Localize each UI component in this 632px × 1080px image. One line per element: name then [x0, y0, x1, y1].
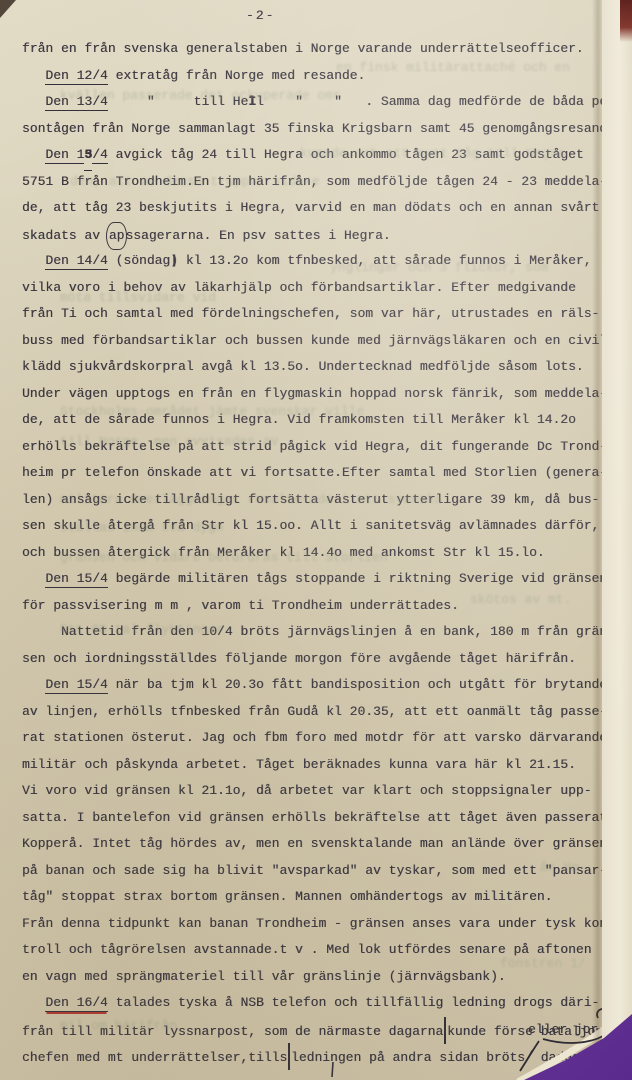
typewritten-line: Vi voro vid gränsen kl 21.1o, då arbetet…: [22, 778, 623, 805]
typewritten-line: tåg" stoppat strax bortom gränsen. Manne…: [22, 884, 623, 911]
insertion-caret-mark: [444, 1017, 446, 1044]
overstrike-over: |: [170, 248, 178, 275]
circled-correction: ap: [106, 222, 128, 251]
typewritten-line: satta. I bantelefon vid gränsen erhölls …: [22, 805, 623, 832]
scanned-typewritten-page: -2- från en från svenska generalstaben i…: [0, 0, 632, 1080]
typewritten-line: en vagn med sprängmateriel till vår grän…: [22, 964, 623, 991]
typewritten-line: Under vägen upptogs en från en flygmaski…: [22, 381, 623, 408]
typewritten-line: på banan och sade sig ha blivit "avspark…: [22, 858, 623, 885]
date-underlined: /4: [92, 147, 108, 164]
typewritten-line: vilka voro i behov av läkarhjälp och för…: [22, 275, 623, 302]
typewritten-line: Nattetid från den 10/4 bröts järnvägslin…: [22, 619, 623, 646]
photo-corner-shadow: [0, 0, 16, 18]
typewritten-line: heim pr telefon önskade att vi fortsatte…: [22, 460, 623, 487]
typewritten-line: av linjen, erhölls tfnbesked från Gudå k…: [22, 699, 623, 726]
typewritten-line: från en från svenska generalstaben i Nor…: [22, 36, 623, 63]
typewritten-line: Den 135/4 avgick tåg 24 till Hegra och a…: [22, 142, 623, 169]
typewritten-line: de, att de sårade funnos i Hegra. Vid fr…: [22, 407, 623, 434]
typewritten-line: chefen med mt underrättelser,tillslednin…: [22, 1043, 623, 1070]
pen-slash: /: [523, 1041, 534, 1075]
date-underlined: Den 15/4: [45, 571, 107, 588]
typewritten-line: 5751 B från Trondheim.En tjm härifrån, s…: [22, 169, 623, 196]
typewritten-line: len) ansågs icke tillrådligt fortsätta v…: [22, 487, 623, 514]
typewritten-line: troll och tågrörelsen avstannade.t v . M…: [22, 937, 623, 964]
overstrike-correction: lI: [248, 89, 256, 116]
typewritten-line: och bussen återgick från Meråker kl 14.4…: [22, 540, 623, 567]
typewritten-line: erhölls bekräftelse på att strid pågick …: [22, 434, 623, 461]
typewritten-line: militär och påskynda arbetet. Tåget berä…: [22, 752, 623, 779]
date-underlined: Den 14/4: [45, 253, 107, 270]
overstrike-over: 5: [84, 142, 92, 169]
overstrike-correction: 35: [84, 142, 92, 171]
typewritten-text-block: från en från svenska generalstaben i Nor…: [22, 36, 623, 1070]
date-underlined-red: Den 16/4: [45, 995, 107, 1012]
typewritten-line: Den 16/4 talades tyska å NSB telefon och…: [22, 990, 623, 1017]
typewritten-line: klädd sjukvårdskorpral avgå kl 13.5o. Un…: [22, 354, 623, 381]
typewritten-line: buss med förbandsartiklar och bussen kun…: [22, 328, 623, 355]
typewritten-line: Den 13/4 " till HelIl " " . Samma dag me…: [22, 89, 623, 116]
date-underlined: Den 1: [45, 147, 84, 164]
typewritten-line: skadats av apssagerarna. En psv sattes i…: [22, 222, 623, 249]
date-underlined: Den 13/4: [45, 94, 107, 111]
typewritten-line: rat stationen österut. Jag och fbm foro …: [22, 725, 623, 752]
typewritten-line: sontågen från Norge sammanlagt 35 finska…: [22, 116, 623, 143]
typewritten-line: Den 14/4 (söndag)| kl 13.2o kom tfnbeske…: [22, 248, 623, 275]
typewritten-line: Den 12/4 extratåg från Norge med resande…: [22, 63, 623, 90]
typewritten-line: Kopperå. Intet tåg hördes av, men en sve…: [22, 831, 623, 858]
overstrike-over: I: [248, 89, 256, 116]
date-underlined: Den 15/4: [45, 677, 107, 694]
page-number: -2-: [246, 8, 275, 23]
overstrike-correction: )|: [170, 248, 178, 275]
insertion-caret-mark: [288, 1043, 290, 1070]
typewritten-line: Den 15/4 begärde militären tågs stoppand…: [22, 566, 623, 593]
date-underlined: Den 12/4: [45, 68, 107, 85]
typewritten-line: för passvisering m m , varom ti Trondhei…: [22, 593, 623, 620]
underlying-page-edge: [602, 0, 632, 1080]
typewritten-line: sen och iordningsställdes följande morgo…: [22, 646, 623, 673]
typewritten-line: sen skulle återgå från Str kl 15.oo. All…: [22, 513, 623, 540]
typewritten-line: från Ti och samtal med fördelningschefen…: [22, 301, 623, 328]
binding-edge-strip: [620, 0, 632, 42]
typewritten-line: Från denna tidpunkt kan banan Trondheim …: [22, 911, 623, 938]
typewritten-line: Den 15/4 när ba tjm kl 20.3o fått bandis…: [22, 672, 623, 699]
typewritten-line: de, att tåg 23 beskjutits i Hegra, varvi…: [22, 195, 623, 222]
